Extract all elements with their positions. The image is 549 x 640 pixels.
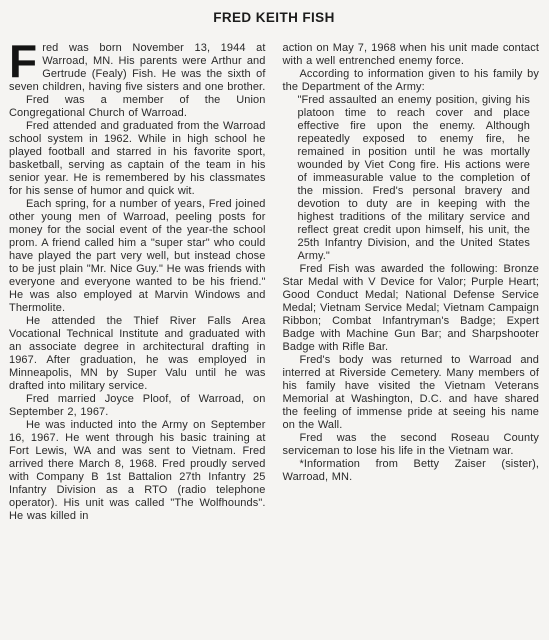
paragraph-burial: Fred's body was returned to Warroad and … [283,354,540,432]
paragraph-text: red was born November 13, 1944 at Warroa… [9,42,266,93]
left-column: Fred was born November 13, 1944 at Warro… [9,42,266,523]
paragraph-school: Fred attended and graduated from the War… [9,120,266,198]
paragraph-awards: Fred Fish was awarded the following: Bro… [283,263,540,354]
paragraph-roseau-county: Fred was the second Roseau County servic… [283,432,540,458]
paragraph-vocational: He attended the Thief River Falls Area V… [9,315,266,393]
paragraph-prom: Each spring, for a number of years, Fred… [9,198,266,315]
paragraph-army-information: According to information given to his fa… [283,68,540,94]
paragraph-birth: Fred was born November 13, 1944 at Warro… [9,42,266,94]
drop-cap-letter: F [9,44,37,78]
memorial-document-page: FRED KEITH FISH Fred was born November 1… [0,0,549,640]
page-title: FRED KEITH FISH [9,10,539,25]
paragraph-marriage: Fred married Joyce Ploof, of Warroad, on… [9,393,266,419]
army-citation-blockquote: "Fred assaulted an enemy position, givin… [298,94,531,263]
paragraph-killed-in-action: action on May 7, 1968 when his unit made… [283,42,540,68]
article-columns: Fred was born November 13, 1944 at Warro… [9,42,539,523]
paragraph-army-induction: He was inducted into the Army on Septemb… [9,419,266,523]
paragraph-church: Fred was a member of the Union Congregat… [9,94,266,120]
right-column: action on May 7, 1968 when his unit made… [283,42,540,523]
footnote-source: *Information from Betty Zaiser (sister),… [283,458,540,484]
